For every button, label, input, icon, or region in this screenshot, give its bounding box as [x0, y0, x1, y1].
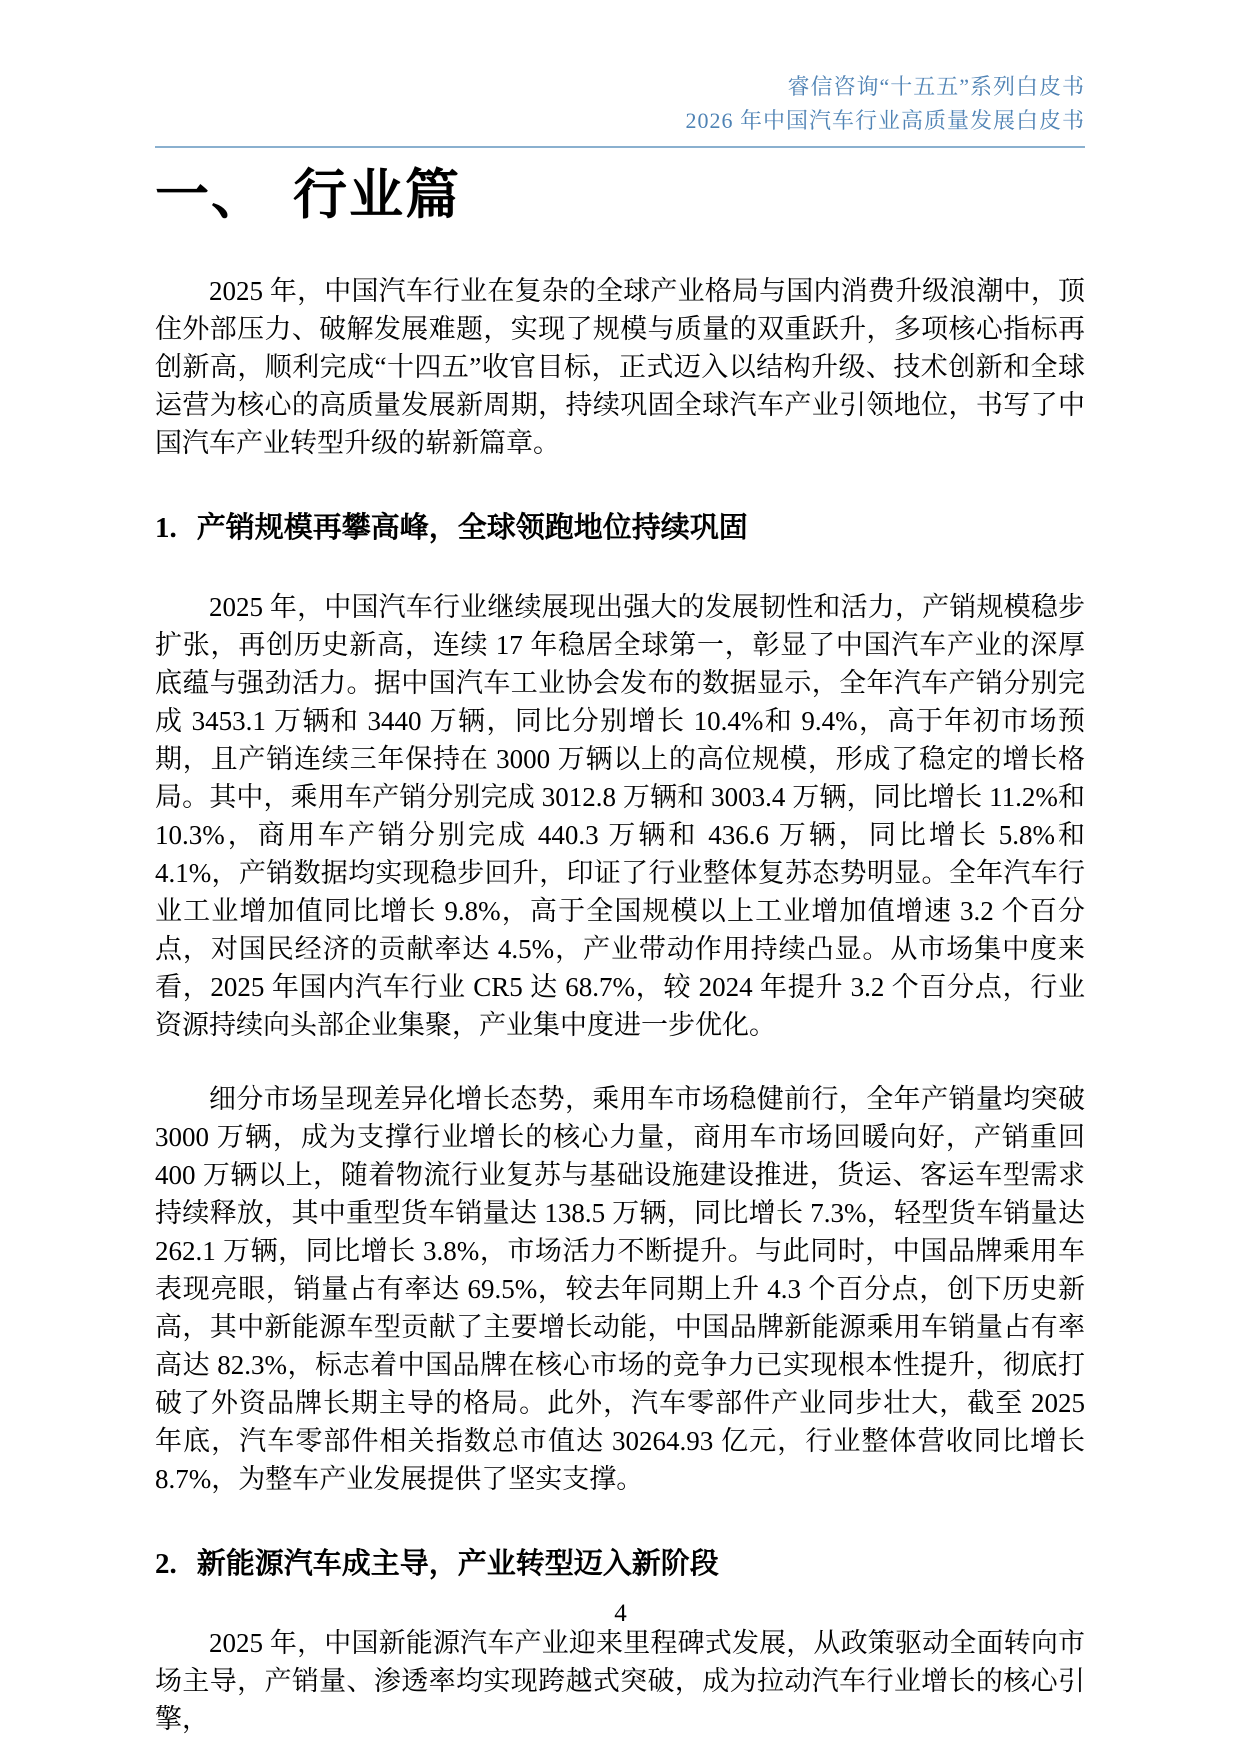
section-number-1: 1. [155, 512, 177, 544]
chapter-title: 一、行业篇 [155, 162, 1085, 228]
body-paragraph: 2025 年，中国新能源汽车产业迎来里程碑式发展，从政策驱动全面转向市场主导，产… [155, 1624, 1085, 1738]
body-paragraph: 2025 年，中国汽车行业继续展现出强大的发展韧性和活力，产销规模稳步扩张，再创… [155, 588, 1085, 1044]
intro-paragraph: 2025 年，中国汽车行业在复杂的全球产业格局与国内消费升级浪潮中，顶住外部压力… [155, 272, 1085, 462]
chapter-title-text: 行业篇 [293, 165, 461, 225]
body-paragraph: 细分市场呈现差异化增长态势，乘用车市场稳健前行，全年产销量均突破 3000 万辆… [155, 1080, 1085, 1498]
header-series-line: 睿信咨询“十五五”系列白皮书 [155, 70, 1085, 104]
section-heading-1: 1.产销规模再攀高峰，全球领跑地位持续巩固 [155, 508, 1085, 548]
header-rule [155, 146, 1085, 148]
document-header: 睿信咨询“十五五”系列白皮书 2026 年中国汽车行业高质量发展白皮书 [155, 0, 1085, 138]
page-content: 睿信咨询“十五五”系列白皮书 2026 年中国汽车行业高质量发展白皮书 一、行业… [155, 0, 1085, 1738]
document-page: 睿信咨询“十五五”系列白皮书 2026 年中国汽车行业高质量发展白皮书 一、行业… [0, 0, 1241, 1754]
section-heading-2: 2.新能源汽车成主导，产业转型迈入新阶段 [155, 1544, 1085, 1584]
header-title-line: 2026 年中国汽车行业高质量发展白皮书 [155, 104, 1085, 138]
chapter-number: 一、 [155, 165, 267, 225]
page-footer: 4 [0, 1600, 1241, 1628]
section-heading-text-1: 产销规模再攀高峰，全球领跑地位持续巩固 [197, 512, 748, 544]
section-heading-text-2: 新能源汽车成主导，产业转型迈入新阶段 [197, 1548, 719, 1580]
page-number: 4 [614, 1600, 627, 1627]
section-number-2: 2. [155, 1548, 177, 1580]
